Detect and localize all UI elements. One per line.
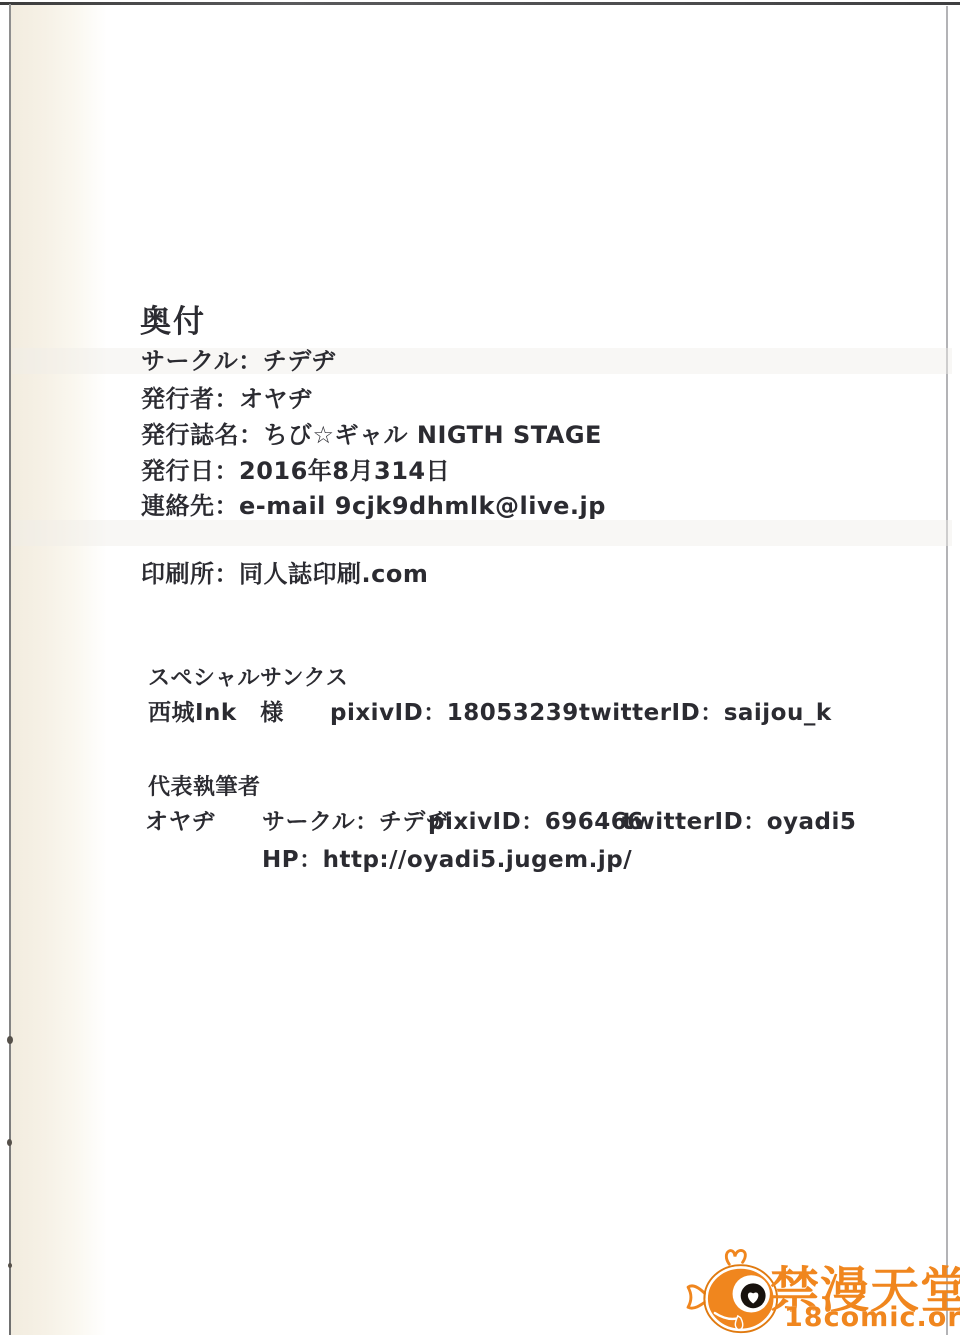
author-row: オヤヂ サークル：チデヂ pixivID：696466 twitterID：oy… [145, 803, 905, 835]
scan-left-edge-line [9, 4, 11, 1335]
author-circle: サークル：チデヂ [262, 803, 449, 836]
scan-speck [7, 1036, 13, 1044]
scan-speck [7, 1139, 12, 1146]
scan-streak [12, 520, 952, 546]
author-homepage-url: HP：http://oyadi5.jugem.jp/ [262, 841, 632, 874]
left-paper-edge [11, 5, 107, 1335]
author-twitter-id: twitterID：oyadi5 [622, 803, 856, 836]
author-pixiv-id: pixivID：696466 [428, 803, 644, 836]
colophon-circle-line: サークル：チデヂ [141, 341, 336, 376]
scan-speck [8, 1263, 12, 1268]
scan-right-edge-line [946, 6, 948, 1335]
watermark-site-url: 18comic.org [784, 1302, 960, 1333]
colophon-heading: 奥付 [140, 296, 206, 341]
special-thanks-twitter-id: twitterID：saijou_k [579, 694, 832, 727]
special-thanks-row: 西城Ink 様 pixivID：18053239 twitterID：saijo… [148, 694, 868, 726]
colophon-printer-line: 印刷所：同人誌印刷.com [141, 554, 428, 589]
colophon-publisher-line: 発行者：オヤヂ [141, 379, 313, 414]
author-name: オヤヂ [145, 803, 216, 836]
colophon-contact-line: 連絡先：e-mail 9cjk9dhmlk@live.jp [141, 486, 606, 521]
authors-heading: 代表執筆者 [148, 770, 261, 801]
special-thanks-name: 西城Ink 様 [148, 694, 284, 727]
colophon-title-line: 発行誌名：ちび☆ギャル NIGTH STAGE [141, 415, 602, 450]
special-thanks-pixiv-id: pixivID：18053239 [330, 694, 579, 727]
special-thanks-heading: スペシャルサンクス [148, 661, 348, 692]
scan-top-edge-line [0, 2, 960, 5]
colophon-date-line: 発行日：2016年8月314日 [141, 451, 450, 486]
whale-heart-mascot-icon [686, 1246, 782, 1335]
site-watermark: 禁漫天堂 18comic.org [680, 1242, 960, 1335]
